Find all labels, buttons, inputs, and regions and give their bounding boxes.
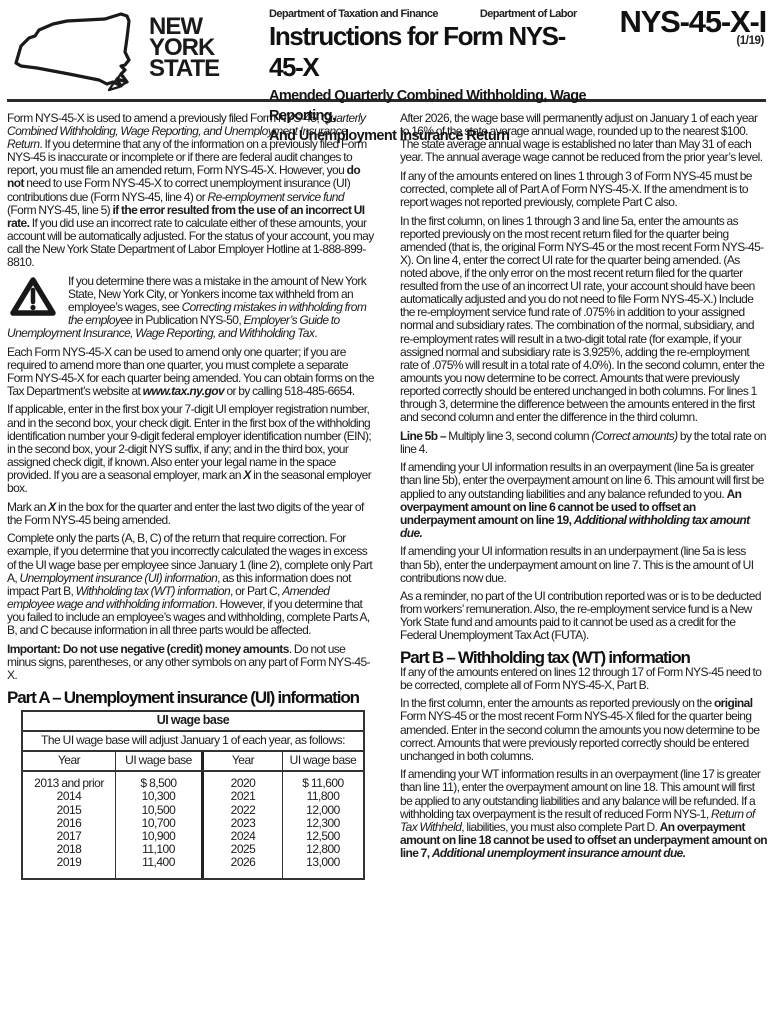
warning-text: If you determine there was a mistake in …	[7, 274, 366, 340]
paragraph: If amending your UI information results …	[400, 461, 768, 540]
values-right-cell: $ 11,60011,80012,00012,30012,50012,80013…	[283, 772, 363, 877]
document-page: NEW YORK STATE Department of Taxation an…	[0, 0, 772, 1024]
paragraph: Complete only the parts (A, B, C) of the…	[7, 532, 375, 637]
subtitle-line-2: And Unemployment Insurance Return	[269, 126, 588, 146]
dept-taxation-label: Department of Taxation and Finance	[269, 8, 438, 20]
left-paragraphs: Each Form NYS-45-X can be used to amend …	[7, 346, 375, 682]
warning-block: If you determine there was a mistake in …	[7, 275, 375, 340]
paragraph: If any of the amounts entered on lines 1…	[400, 666, 768, 692]
table-cell-line: 11,800	[283, 790, 363, 803]
paragraph: As a reminder, no part of the UI contrib…	[400, 590, 768, 642]
paragraph: In the first column, enter the amounts a…	[400, 697, 768, 762]
table-cell-line: 2019	[23, 856, 115, 869]
paragraph: Important: Do not use negative (credit) …	[7, 643, 375, 682]
warning-triangle-icon	[9, 276, 57, 318]
table-cell-line: 2014	[23, 790, 115, 803]
table-cell-line: 2021	[204, 790, 282, 803]
dept-labor-label: Department of Labor	[480, 8, 577, 20]
part-b-heading: Part B – Withholding tax (WT) informatio…	[400, 651, 768, 664]
paragraph: If any of the amounts entered on lines 1…	[400, 170, 768, 209]
table-cell-line: 2026	[204, 856, 282, 869]
table-header-row: Year UI wage base Year UI wage base	[23, 752, 363, 772]
form-code-block: NYS-45-X-I (1/19)	[588, 6, 766, 47]
page-title: Instructions for Form NYS-45-X	[269, 21, 588, 83]
table-cell-line: 13,000	[283, 856, 363, 869]
right-paragraphs-before: After 2026, the wage base will permanent…	[400, 112, 768, 643]
col-header-wagebase-2: UI wage base	[283, 752, 363, 770]
years-left-cell: 2013 and prior201420152016201720182019	[23, 772, 116, 877]
paragraph: Each Form NYS-45-X can be used to amend …	[7, 346, 375, 398]
paragraph: Mark an X in the box for the quarter and…	[7, 501, 375, 527]
table-title: UI wage base	[23, 712, 363, 732]
table-cell-line: 10,500	[116, 804, 201, 817]
table-data-row: 2013 and prior201420152016201720182019 $…	[23, 772, 363, 877]
form-number: NYS-45-X-I	[588, 6, 766, 38]
nys-logo: NEW YORK STATE	[7, 6, 269, 96]
paragraph: If applicable, enter in the first box yo…	[7, 403, 375, 495]
table-cell-line: 12,000	[283, 804, 363, 817]
logo-wordmark: NEW YORK STATE	[149, 16, 219, 79]
table-cell-line: 2022	[204, 804, 282, 817]
table-cell-line: 10,300	[116, 790, 201, 803]
table-cell-line: 2015	[23, 804, 115, 817]
right-paragraphs-after: If any of the amounts entered on lines 1…	[400, 666, 768, 860]
two-column-body: Form NYS-45-X is used to amend a previou…	[7, 112, 766, 880]
part-a-heading: Part A – Unemployment insurance (UI) inf…	[7, 691, 375, 704]
paragraph: If amending your UI information results …	[400, 545, 768, 584]
ui-wage-base-table: UI wage base The UI wage base will adjus…	[21, 710, 365, 880]
col-header-year-1: Year	[23, 752, 116, 770]
paragraph: If amending your WT information results …	[400, 768, 768, 860]
col-header-year-2: Year	[204, 752, 283, 770]
logo-word-state: STATE	[149, 58, 219, 79]
table-cell-line: 11,400	[116, 856, 201, 869]
paragraph: Line 5b – Multiply line 3, second column…	[400, 430, 768, 456]
right-column: After 2026, the wage base will permanent…	[400, 112, 768, 880]
paragraph: In the first column, on lines 1 through …	[400, 215, 768, 425]
document-header: NEW YORK STATE Department of Taxation an…	[7, 6, 766, 96]
page-subtitle: Amended Quarterly Combined Withholding, …	[269, 86, 588, 146]
years-right-cell: 2020202120222023202420252026	[204, 772, 283, 877]
left-column: Form NYS-45-X is used to amend a previou…	[7, 112, 375, 880]
header-titles: Department of Taxation and Finance Depar…	[269, 6, 588, 146]
table-caption: The UI wage base will adjust January 1 o…	[23, 732, 363, 752]
col-header-wagebase-1: UI wage base	[116, 752, 204, 770]
department-line: Department of Taxation and Finance Depar…	[269, 8, 588, 20]
subtitle-line-1: Amended Quarterly Combined Withholding, …	[269, 86, 588, 126]
values-left-cell: $ 8,50010,30010,50010,70010,90011,10011,…	[116, 772, 204, 877]
